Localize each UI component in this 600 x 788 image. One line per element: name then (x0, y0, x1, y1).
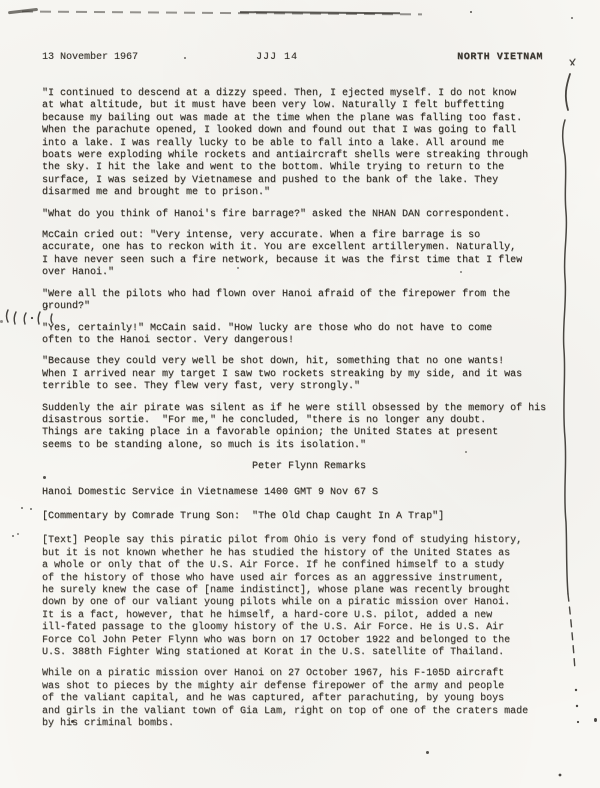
ink-speck (30, 508, 32, 510)
commentary-text-paragraph: [Text] People say this piratic pilot fro… (42, 535, 576, 659)
mccain-barrage-answer-paragraph: McCain cried out: "Very intense, very ac… (42, 230, 576, 280)
peter-flynn-remarks-heading: Peter Flynn Remarks (42, 461, 576, 473)
document-body: "I continued to descend at a dizzy speed… (42, 88, 576, 739)
shootdown-capture-paragraph: While on a piratic mission over Hanoi on… (42, 668, 576, 730)
mccain-descent-quote-paragraph: "I continued to descend at a dizzy speed… (42, 88, 576, 200)
scan-artifact-dashes (22, 11, 422, 16)
ink-speck (21, 507, 23, 509)
ink-speck (594, 718, 597, 722)
page-header: 13 November 1967 JJJ 14 NORTH VIETNAM (0, 52, 600, 66)
ink-speck (426, 751, 429, 754)
scanned-document-page: 13 November 1967 JJJ 14 NORTH VIETNAM "I… (0, 0, 600, 788)
ink-speck (470, 11, 472, 13)
page-reference: JJJ 14 (256, 52, 298, 63)
nhan-dan-question-paragraph: "What do you think of Hanoi's fire barra… (42, 209, 576, 221)
pilots-fear-question-paragraph: "Were all the pilots who had flown over … (42, 289, 576, 314)
scan-artifact-top-dashed-line (8, 8, 448, 16)
commentary-title-line: [Commentary by Comrade Trung Son: "The O… (42, 511, 576, 523)
mccain-certainly-answer-paragraph: "Yes, certainly!" McCain said. "How luck… (42, 323, 576, 348)
air-pirate-conclusion-paragraph: Suddenly the air pirate was silent as if… (42, 403, 576, 453)
ink-speck (12, 535, 14, 537)
ink-speck (0, 320, 3, 323)
broadcast-source-line: Hanoi Domestic Service in Vietnamese 140… (42, 487, 576, 499)
section-title: NORTH VIETNAM (457, 52, 543, 63)
mccain-rockets-paragraph: "Because they could very well be shot do… (42, 356, 576, 393)
document-date: 13 November 1967 (42, 52, 138, 63)
ink-speck (17, 533, 19, 535)
ink-speck (571, 17, 573, 19)
